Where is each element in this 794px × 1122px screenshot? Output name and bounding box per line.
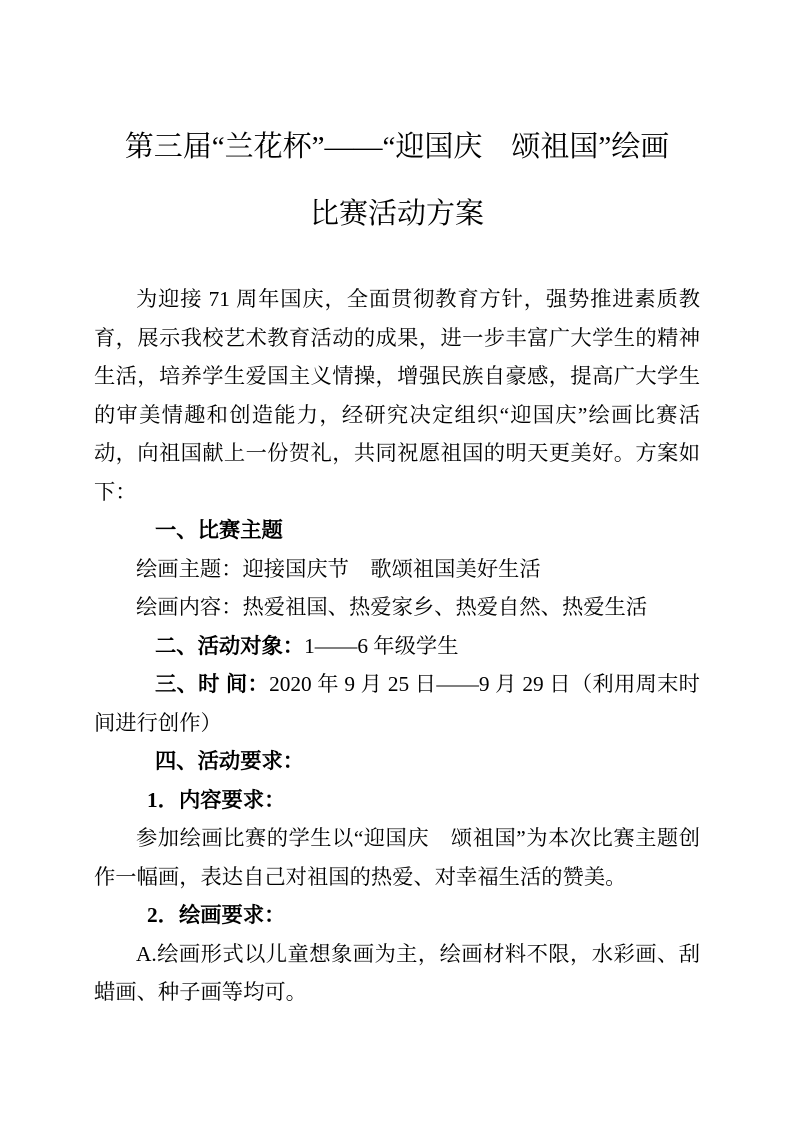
section-2-value: 1——6 年级学生	[304, 634, 458, 658]
document-page: 第三届“兰花杯”——“迎国庆 颂祖国”绘画 比赛活动方案 为迎接 71 周年国庆…	[0, 0, 794, 1122]
section-4-item-2-heading: 2．绘画要求：	[94, 896, 700, 935]
section-4-heading-text: 四、活动要求：	[155, 749, 304, 773]
section-1-content-line: 绘画内容：热爱祖国、热爱家乡、热爱自然、热爱生活	[94, 588, 700, 627]
section-1-theme-line: 绘画主题：迎接国庆节 歌颂祖国美好生活	[94, 550, 700, 589]
section-3-line: 三、时 间：2020 年 9 月 25 日——9 月 29 日（利用周末时间进行…	[94, 665, 700, 742]
section-4-item-1-heading: 1．内容要求：	[94, 781, 700, 820]
section-4-item-2-heading-text: 2．绘画要求：	[147, 903, 285, 927]
document-content: 第三届“兰花杯”——“迎国庆 颂祖国”绘画 比赛活动方案 为迎接 71 周年国庆…	[94, 0, 700, 1012]
document-title: 第三届“兰花杯”——“迎国庆 颂祖国”绘画 比赛活动方案	[94, 114, 700, 248]
section-1-heading-text: 一、比赛主题	[155, 518, 283, 542]
section-2-line: 二、活动对象：1——6 年级学生	[94, 627, 700, 666]
section-4-item-1-heading-text: 1．内容要求：	[147, 788, 285, 812]
document-title-line-2: 比赛活动方案	[94, 181, 700, 248]
section-2-heading-text: 二、活动对象：	[155, 634, 304, 658]
section-1-heading: 一、比赛主题	[94, 511, 700, 550]
section-4-item-2-body: A.绘画形式以儿童想象画为主，绘画材料不限，水彩画、刮蜡画、种子画等均可。	[94, 935, 700, 1012]
section-4-heading: 四、活动要求：	[94, 742, 700, 781]
section-3-heading-text: 三、时 间：	[155, 672, 269, 696]
intro-paragraph: 为迎接 71 周年国庆，全面贯彻教育方针，强势推进素质教育，展示我校艺术教育活动…	[94, 280, 700, 511]
section-4-item-1-body: 参加绘画比赛的学生以“迎国庆 颂祖国”为本次比赛主题创作一幅画，表达自己对祖国的…	[94, 819, 700, 896]
document-title-line-1: 第三届“兰花杯”——“迎国庆 颂祖国”绘画	[94, 114, 700, 181]
